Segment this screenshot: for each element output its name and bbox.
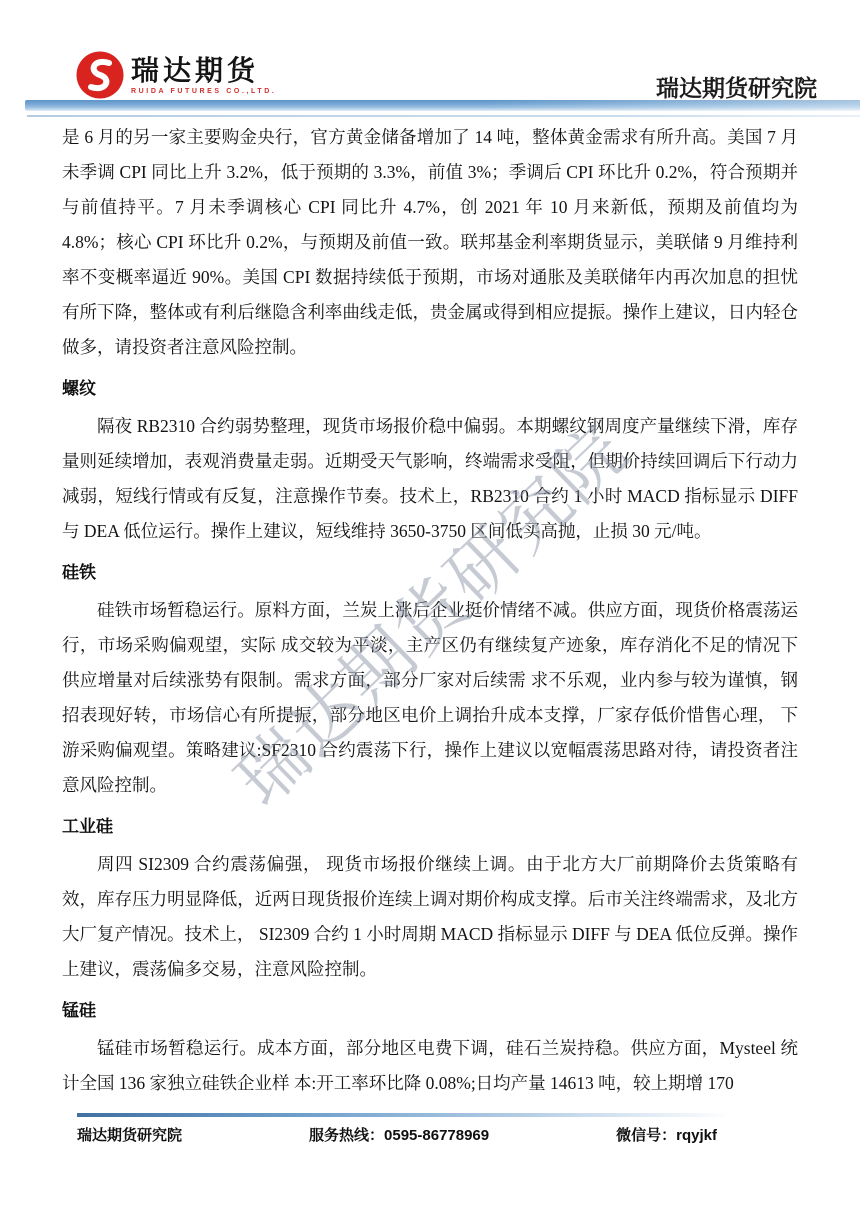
footer-wechat: 微信号：rqyjkf xyxy=(616,1124,717,1145)
page-footer: 瑞达期货研究院 服务热线：0595-86778969 微信号：rqyjkf xyxy=(77,1124,717,1145)
section-paragraph-industrial-silicon: 周四 SI2309 合约震荡偏强， 现货市场报价继续上调。由于北方大厂前期降价去… xyxy=(62,847,798,987)
footer-divider-bar xyxy=(77,1113,725,1117)
section-heading-industrial-silicon: 工业硅 xyxy=(62,812,798,842)
ruida-logo-icon xyxy=(75,50,125,100)
logo-text-block: 瑞达期货 RUIDA FUTURES CO.,LTD. xyxy=(131,56,276,95)
logo-brand-cn: 瑞达期货 xyxy=(131,56,276,86)
section-paragraph-ferrosilicon: 硅铁市场暂稳运行。原料方面，兰炭上涨后企业挺价情绪不减。供应方面，现货价格震荡运… xyxy=(62,593,798,803)
section-paragraph-manganese-silicon: 锰硅市场暂稳运行。成本方面，部分地区电费下调，硅石兰炭持稳。供应方面，Myste… xyxy=(62,1031,798,1101)
ruida-futures-logo: 瑞达期货 RUIDA FUTURES CO.,LTD. xyxy=(75,50,276,100)
header-divider-bar xyxy=(25,100,860,111)
report-page: 瑞达期货 RUIDA FUTURES CO.,LTD. 瑞达期货研究院 瑞达期货… xyxy=(0,0,860,1217)
section-heading-ferrosilicon: 硅铁 xyxy=(62,558,798,588)
report-body: 是 6 月的另一家主要购金央行，官方黄金储备增加了 14 吨，整体黄金需求有所升… xyxy=(62,120,798,1101)
section-heading-rebar: 螺纹 xyxy=(62,374,798,404)
section-paragraph-rebar: 隔夜 RB2310 合约弱势整理，现货市场报价稳中偏弱。本期螺纹钢周度产量继续下… xyxy=(62,409,798,549)
section-heading-manganese-silicon: 锰硅 xyxy=(62,996,798,1026)
footer-hotline: 服务热线：0595-86778969 xyxy=(309,1124,489,1145)
page-title: 瑞达期货研究院 xyxy=(656,70,817,103)
logo-brand-en: RUIDA FUTURES CO.,LTD. xyxy=(131,88,276,95)
intro-paragraph: 是 6 月的另一家主要购金央行，官方黄金储备增加了 14 吨，整体黄金需求有所升… xyxy=(62,120,798,365)
header-divider-line xyxy=(27,115,860,117)
footer-institute: 瑞达期货研究院 xyxy=(77,1124,182,1145)
